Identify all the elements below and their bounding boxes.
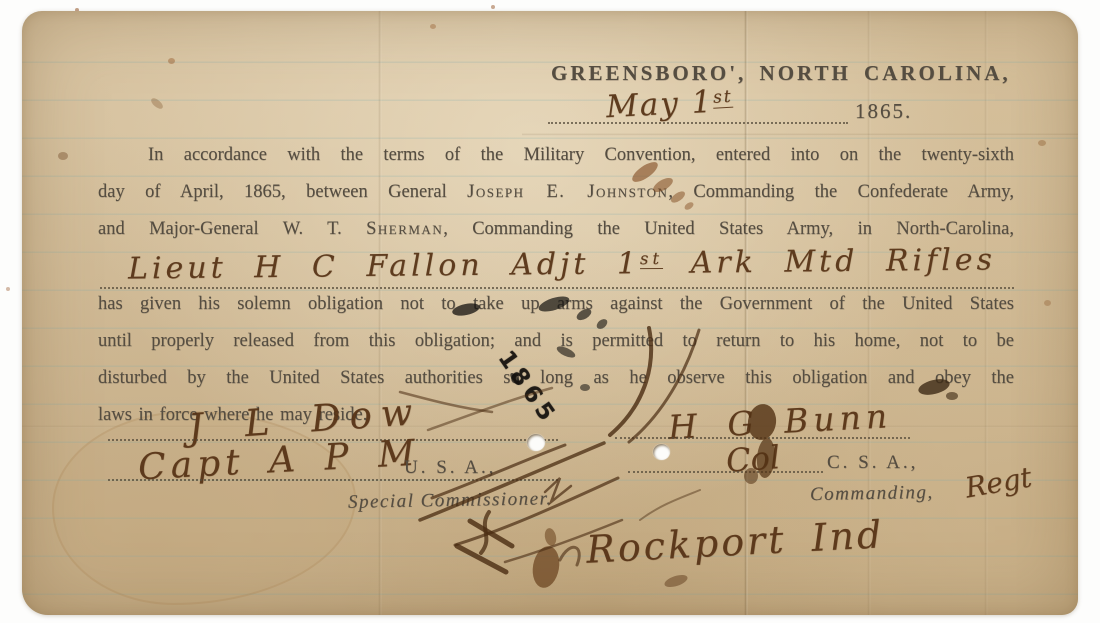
commanding-label: Commanding, xyxy=(810,482,934,506)
stain-spot xyxy=(430,24,436,29)
preamble-line: In accordance with the terms of the Mili… xyxy=(98,137,1014,174)
stain-speck xyxy=(491,5,495,9)
fold-crease-horizontal xyxy=(522,133,1078,136)
stain-spot xyxy=(1038,140,1046,146)
special-commissioner-label: Special Commissioner. xyxy=(348,488,553,514)
punch-hole xyxy=(653,444,670,460)
document-place-heading: GREENSBORO', NORTH CAROLINA, xyxy=(551,61,1011,86)
obligation-line: until properly released from this obliga… xyxy=(98,323,1014,360)
usa-printed-label: U. S. A., xyxy=(404,457,496,479)
ink-blot xyxy=(946,392,958,400)
preamble-paragraph: In accordance with the terms of the Mili… xyxy=(98,137,1014,248)
obligation-line: disturbed by the United States authoriti… xyxy=(98,360,1014,397)
us-rank-underline xyxy=(108,479,558,481)
preamble-line: and Major-General W. T. Sherman, Command… xyxy=(98,211,1014,248)
date-underline xyxy=(548,122,848,124)
photo-background: GREENSBORO', NORTH CAROLINA, May 1st 186… xyxy=(0,0,1100,623)
stain-spot xyxy=(168,58,175,64)
stain-spot xyxy=(1044,300,1051,306)
preamble-line: day of April, 1865, between General Jose… xyxy=(98,174,1014,211)
csa-rank-underline xyxy=(628,471,823,473)
csa-printed-label: C. S. A., xyxy=(827,452,918,474)
stamp-smudge xyxy=(580,384,590,391)
year-printed: 1865. xyxy=(855,99,912,124)
stain-spot xyxy=(58,152,68,160)
ink-blot xyxy=(744,468,758,484)
stain-speck xyxy=(6,287,10,291)
date-handwritten: May 1st xyxy=(605,83,734,126)
punch-hole xyxy=(527,434,545,451)
